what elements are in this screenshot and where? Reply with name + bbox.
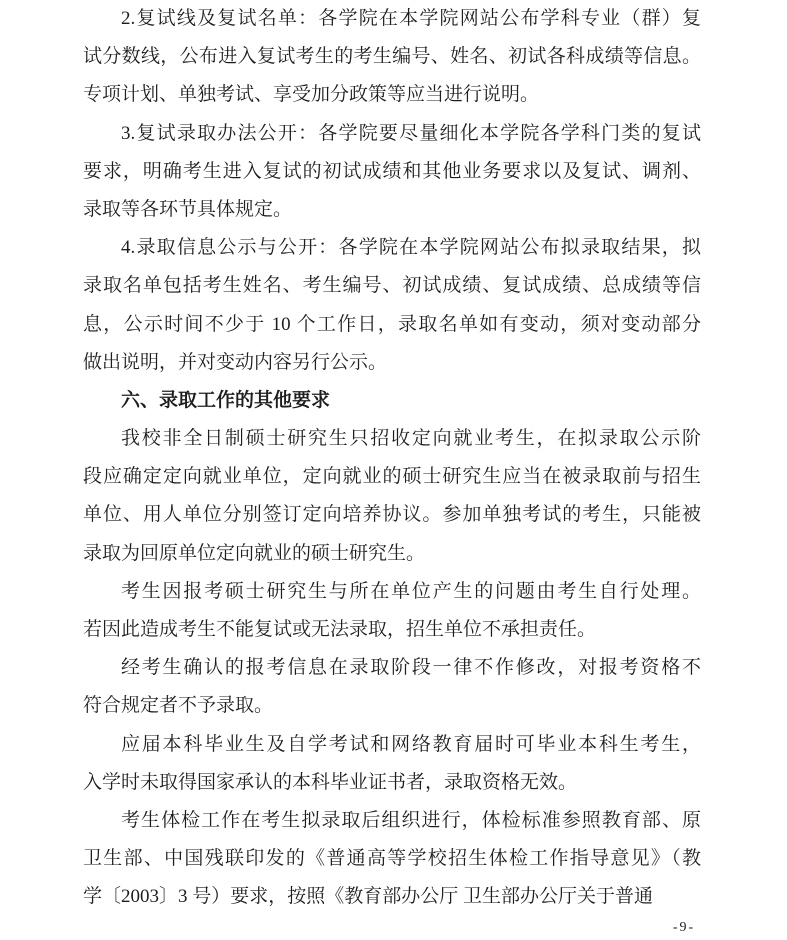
paragraph: 我校非全日制硕士研究生只招收定向就业考生，在拟录取公示阶段应确定定向就业单位，定… xyxy=(83,420,701,573)
document-body: 2.复试线及复试名单：各学院在本学院网站公布学科专业（群）复试分数线，公布进入复… xyxy=(83,0,701,917)
paragraph: 考生因报考硕士研究生与所在单位产生的问题由考生自行处理。若因此造成考生不能复试或… xyxy=(83,573,701,649)
text-line: 我校非全日制硕士研究生只招收定向就业考生，在拟录取公示阶 xyxy=(83,420,701,458)
text-line: 做出说明，并对变动内容另行公示。 xyxy=(83,344,701,382)
text-line: 若因此造成考生不能复试或无法录取，招生单位不承担责任。 xyxy=(83,611,701,649)
text-line: 六、录取工作的其他要求 xyxy=(83,382,701,420)
page-number: -9- xyxy=(664,918,704,938)
text-line: 经考生确认的报考信息在录取阶段一律不作修改，对报考资格不 xyxy=(83,649,701,687)
paragraph: 应届本科毕业生及自学考试和网络教育届时可毕业本科生考生，入学时未取得国家承认的本… xyxy=(83,726,701,802)
text-line: 学〔2003〕3 号）要求，按照《教育部办公厅 卫生部办公厅关于普通 xyxy=(83,878,701,916)
text-line: 专项计划、单独考试、享受加分政策等应当进行说明。 xyxy=(83,76,701,114)
text-line: 单位、用人单位分别签订定向培养协议。参加单独考试的考生，只能被 xyxy=(83,496,701,534)
text-line: 考生因报考硕士研究生与所在单位产生的问题由考生自行处理。 xyxy=(83,573,701,611)
text-line: 要求，明确考生进入复试的初试成绩和其他业务要求以及复试、调剂、 xyxy=(83,153,701,191)
section-heading: 六、录取工作的其他要求 xyxy=(83,382,701,420)
document-page: 2.复试线及复试名单：各学院在本学院网站公布学科专业（群）复试分数线，公布进入复… xyxy=(0,0,787,940)
text-line: 试分数线，公布进入复试考生的考生编号、姓名、初试各科成绩等信息。 xyxy=(83,38,701,76)
text-line: 录取等各环节具体规定。 xyxy=(83,191,701,229)
text-line: 3.复试录取办法公开：各学院要尽量细化本学院各学科门类的复试 xyxy=(83,115,701,153)
text-line: 息，公示时间不少于 10 个工作日，录取名单如有变动，须对变动部分 xyxy=(83,306,701,344)
text-line: 卫生部、中国残联印发的《普通高等学校招生体检工作指导意见》（教 xyxy=(83,840,701,878)
paragraph: 3.复试录取办法公开：各学院要尽量细化本学院各学科门类的复试要求，明确考生进入复… xyxy=(83,115,701,230)
paragraph: 考生体检工作在考生拟录取后组织进行，体检标准参照教育部、原卫生部、中国残联印发的… xyxy=(83,802,701,917)
text-line: 录取为回原单位定向就业的硕士研究生。 xyxy=(83,535,701,573)
text-line: 录取名单包括考生姓名、考生编号、初试成绩、复试成绩、总成绩等信 xyxy=(83,267,701,305)
text-line: 符合规定者不予录取。 xyxy=(83,687,701,725)
text-line: 2.复试线及复试名单：各学院在本学院网站公布学科专业（群）复 xyxy=(83,0,701,38)
text-line: 4.录取信息公示与公开：各学院在本学院网站公布拟录取结果，拟 xyxy=(83,229,701,267)
text-line: 应届本科毕业生及自学考试和网络教育届时可毕业本科生考生， xyxy=(83,726,701,764)
paragraph: 4.录取信息公示与公开：各学院在本学院网站公布拟录取结果，拟录取名单包括考生姓名… xyxy=(83,229,701,382)
paragraph: 2.复试线及复试名单：各学院在本学院网站公布学科专业（群）复试分数线，公布进入复… xyxy=(83,0,701,115)
paragraph: 经考生确认的报考信息在录取阶段一律不作修改，对报考资格不符合规定者不予录取。 xyxy=(83,649,701,725)
text-line: 段应确定定向就业单位，定向就业的硕士研究生应当在被录取前与招生 xyxy=(83,458,701,496)
text-line: 考生体检工作在考生拟录取后组织进行，体检标准参照教育部、原 xyxy=(83,802,701,840)
text-line: 入学时未取得国家承认的本科毕业证书者，录取资格无效。 xyxy=(83,764,701,802)
